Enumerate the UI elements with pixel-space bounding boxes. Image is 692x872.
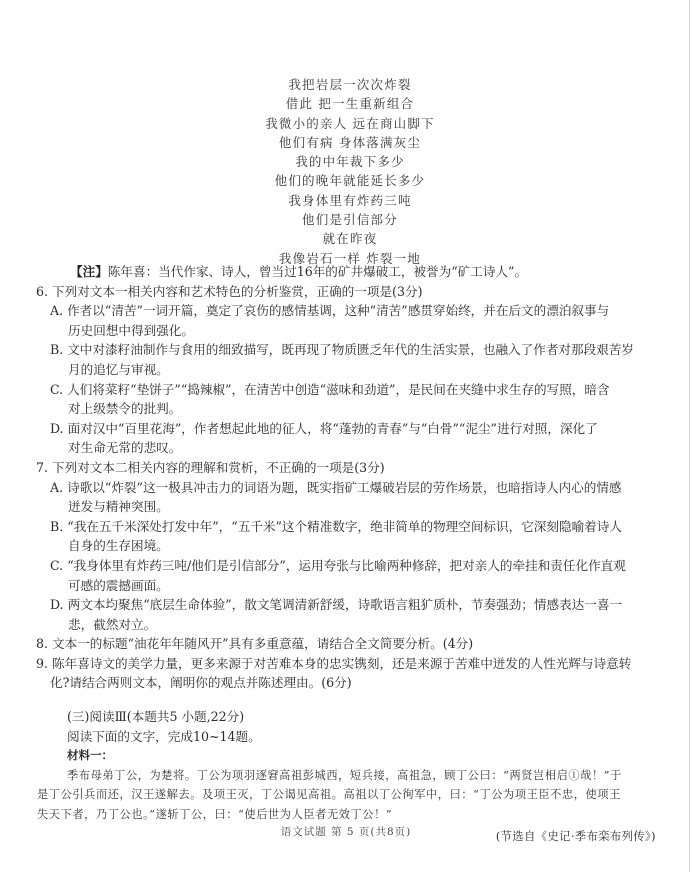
- poem: 我把岩层一次次炸裂 借此 把一生重新组合 我微小的亲人 远在商山脚下 他们有病 …: [0, 75, 692, 268]
- question-7-option-d: D. 两文本均聚焦“底层生命体验”，散文笔调清新舒缓，诗歌语言粗犷质朴，节奏强劲…: [0, 595, 692, 615]
- question-6-stem: 6. 下列对文本一相关内容和艺术特色的分析鉴赏，正确的一项是(3分): [0, 282, 692, 302]
- question-7-option-b-cont: 自身的生存困境。: [0, 536, 692, 556]
- note-text: 陈年喜：当代作家、诗人，曾当过16年的矿井爆破工，被誉为“矿工诗人”。: [108, 264, 527, 279]
- question-8-stem: 8. 文本一的标题“油花年年随风开”具有多重意蕴，请结合全文简要分析。(4分): [0, 634, 692, 654]
- question-6-option-d-cont: 对生命无常的悲叹。: [0, 438, 692, 458]
- poem-line: 借此 把一生重新组合: [0, 94, 692, 113]
- poem-line: 我微小的亲人 远在商山脚下: [0, 114, 692, 133]
- poem-line: 我把岩层一次次炸裂: [0, 75, 692, 94]
- poem-line: 他们有病 身体落满灰尘: [0, 133, 692, 152]
- poem-line: 就在昨夜: [0, 229, 692, 248]
- author-note: 【注】陈年喜：当代作家、诗人，曾当过16年的矿井爆破工，被誉为“矿工诗人”。: [0, 262, 692, 282]
- note-tag: 【注】: [70, 264, 108, 279]
- question-7-option-d-cont: 悲，截然对立。: [0, 615, 692, 635]
- section-3-instruction: 阅读下面的文字，完成10~14题。: [0, 727, 692, 747]
- question-6-option-b-cont: 月的追忆与审视。: [0, 360, 692, 380]
- poem-line: 我身体里有炸药三吨: [0, 191, 692, 210]
- poem-line: 我的中年裁下多少: [0, 152, 692, 171]
- section-3-heading: (三)阅读Ⅲ(本题共5 小题,22分): [0, 707, 692, 727]
- exam-content: 【注】陈年喜：当代作家、诗人，曾当过16年的矿井爆破工，被誉为“矿工诗人”。 6…: [0, 262, 692, 846]
- poem-line: 他们是引信部分: [0, 210, 692, 229]
- section-gap: [0, 693, 692, 707]
- question-6-option-c-cont: 对上级禁令的批判。: [0, 399, 692, 419]
- question-9-stem-cont: 化?请结合两则文本，阐明你的观点并陈述理由。(6分): [0, 673, 692, 693]
- passage-line: 失天下者，乃丁公也。”遂斩丁公，曰：“使后世为人臣者无效丁公！”: [0, 805, 692, 825]
- question-6-option-c: C. 人们将菜籽“垫饼子”“捣辣椒”，在清苦中创造“滋味和劲道”，是民间在夹缝中…: [0, 380, 692, 400]
- question-7-option-c-cont: 可感的震撼画面。: [0, 576, 692, 596]
- question-7-option-a: A. 诗歌以“炸裂”这一极具冲击力的词语为题，既实指矿工爆破岩层的劳作场景，也暗…: [0, 478, 692, 498]
- question-7-option-b: B. “我在五千米深处打发中年”，“五千米”这个精准数字，绝非简单的物理空间标识…: [0, 517, 692, 537]
- question-7-option-c: C. “我身体里有炸药三吨/他们是引信部分”，运用夸张与比喻两种修辞，把对亲人的…: [0, 556, 692, 576]
- passage-line: 是丁公引兵而还，汉王遂解去。及项王灭，丁公谒见高祖。高祖以丁公徇军中，曰：“丁公…: [0, 785, 692, 805]
- question-6-option-d: D. 面对汉中“百里花海”，作者想起此地的征人，将“蓬勃的青春”与“白骨”“泥尘…: [0, 419, 692, 439]
- page-footer: 语文试题 第 5 页(共8页): [0, 824, 692, 839]
- question-6-option-a: A. 作者以“清苦”一词开篇，奠定了哀伤的感情基调，这种“清苦”感贯穿始终，并在…: [0, 301, 692, 321]
- material-1-title: 材料一：: [0, 746, 692, 766]
- question-6-option-b: B. 文中对漆籽油制作与食用的细致描写，既再现了物质匮乏年代的生活实景，也融入了…: [0, 340, 692, 360]
- passage-line: 季布母弟丁公，为楚将。丁公为项羽逐窘高祖彭城西，短兵接，高祖急，顾丁公曰：“两贤…: [0, 766, 692, 786]
- question-6-option-a-cont: 历史回想中得到强化。: [0, 321, 692, 341]
- question-9-stem: 9. 陈年喜诗文的美学力量，更多来源于对苦难本身的忠实镌刻，还是来源于苦难中迸发…: [0, 654, 692, 674]
- poem-line: 他们的晚年就能延长多少: [0, 171, 692, 190]
- question-7-option-a-cont: 迸发与精神突围。: [0, 497, 692, 517]
- question-7-stem: 7. 下列对文本二相关内容的理解和赏析，不正确的一项是(3分): [0, 458, 692, 478]
